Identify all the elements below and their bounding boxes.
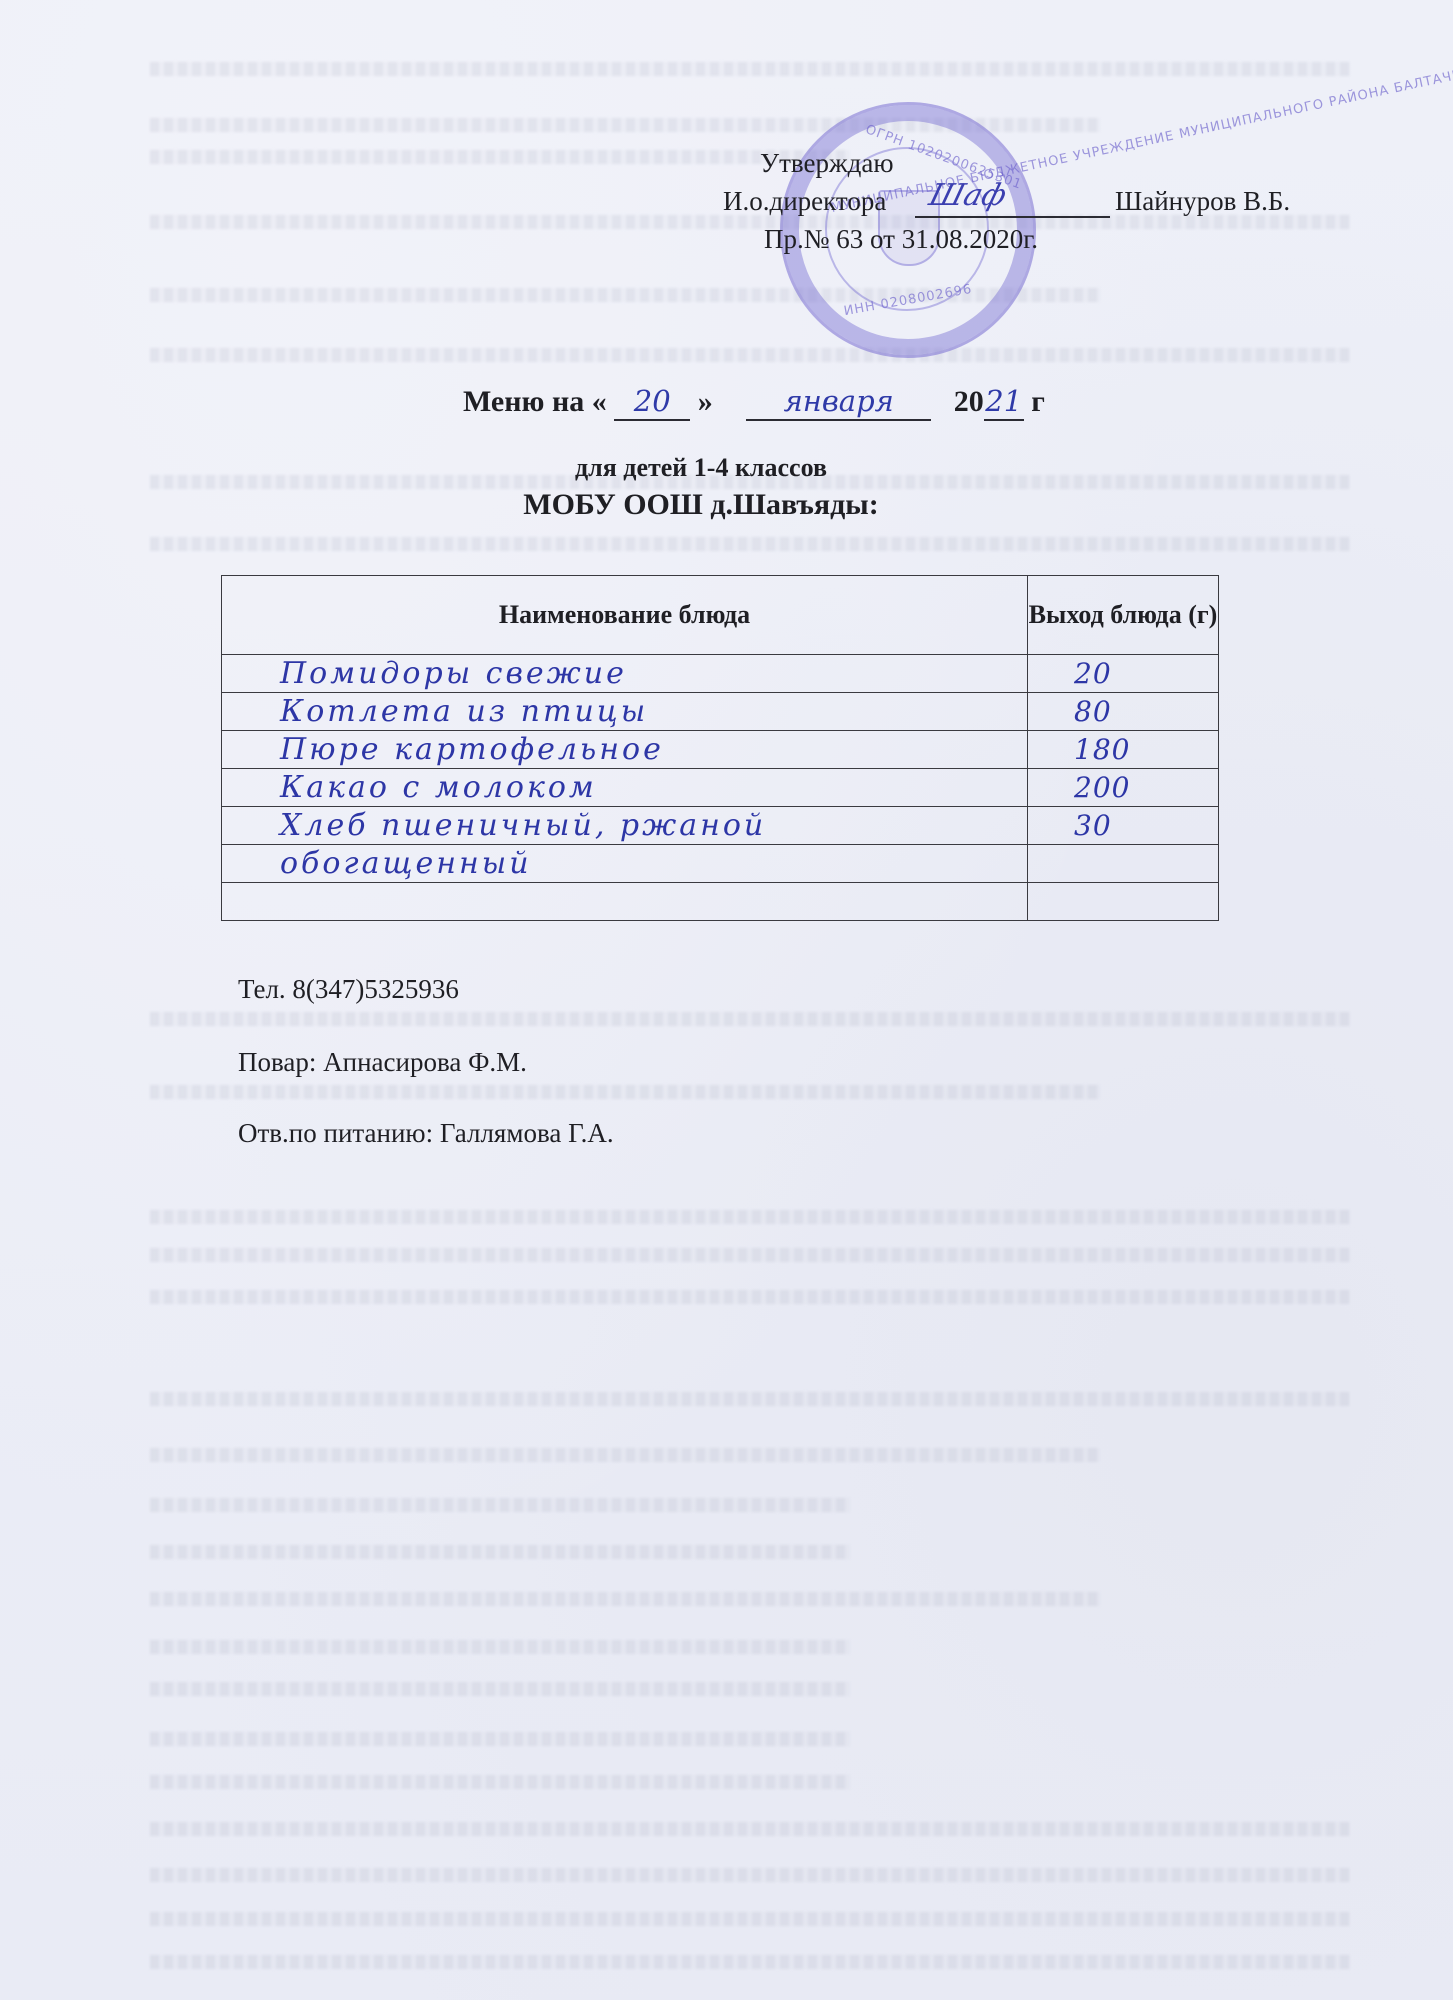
table-row: Котлета из птицы80 xyxy=(222,693,1219,731)
date-day-field: 20 xyxy=(614,384,690,421)
bleed-through-line xyxy=(150,537,1350,551)
date-month-field: января xyxy=(746,384,931,421)
bleed-through-line xyxy=(150,1085,1100,1099)
bleed-through-line xyxy=(150,1012,1350,1026)
bleed-through-line xyxy=(150,1210,1350,1224)
menu-prefix: Меню на « xyxy=(463,385,607,418)
dish-name: Котлета из птицы xyxy=(222,693,1028,731)
bleed-through-line xyxy=(150,150,850,164)
bleed-through-line xyxy=(150,1498,850,1512)
phone-number: Тел. 8(347)5325936 xyxy=(238,974,459,1005)
bleed-through-line xyxy=(150,1868,1350,1882)
dish-yield: 20 xyxy=(1028,655,1219,693)
director-signature: Шаф xyxy=(925,178,1010,213)
date-day: 20 xyxy=(634,384,671,418)
menu-subtitle-school: МОБУ ООШ д.Шавъяды: xyxy=(0,488,1402,522)
bleed-through-line xyxy=(150,1775,850,1789)
date-year: 21 xyxy=(985,384,1022,418)
table-row: Какао с молоком200 xyxy=(222,769,1219,807)
bleed-through-line xyxy=(150,1640,850,1654)
column-header-yield: Выход блюда (г) xyxy=(1028,576,1219,655)
bleed-through-line xyxy=(150,1448,1100,1462)
approval-role: И.о.директора xyxy=(723,188,886,215)
table-row: Пюре картофельное180 xyxy=(222,731,1219,769)
director-name: Шайнуров В.Б. xyxy=(1115,188,1290,215)
table-row xyxy=(222,883,1219,921)
dish-name xyxy=(222,883,1028,921)
menu-table: Наименование блюда Выход блюда (г) Помид… xyxy=(221,575,1219,921)
bleed-through-line xyxy=(150,1392,1350,1406)
date-year-field: 21 xyxy=(984,384,1024,421)
dish-name: Помидоры свежие xyxy=(222,655,1028,693)
signature-line xyxy=(915,216,1110,218)
dish-yield: 200 xyxy=(1028,769,1219,807)
column-header-dish: Наименование блюда xyxy=(222,576,1028,655)
dish-name: обогащенный xyxy=(222,845,1028,883)
table-row: Помидоры свежие20 xyxy=(222,655,1219,693)
dish-yield: 180 xyxy=(1028,731,1219,769)
dish-name: Хлеб пшеничный, ржаной xyxy=(222,807,1028,845)
bleed-through-line xyxy=(150,1682,850,1696)
approval-order: Пр.№ 63 от 31.08.2020г. xyxy=(764,226,1038,253)
bleed-through-line xyxy=(150,1545,850,1559)
menu-subtitle-audience: для детей 1-4 классов xyxy=(0,453,1402,483)
dish-yield: 80 xyxy=(1028,693,1219,731)
dish-name: Пюре картофельное xyxy=(222,731,1028,769)
dish-yield xyxy=(1028,883,1219,921)
bleed-through-line xyxy=(150,1912,1350,1926)
bleed-through-line xyxy=(150,215,1350,229)
bleed-through-line xyxy=(150,1290,1350,1304)
cook-name: Повар: Апнасирова Ф.М. xyxy=(238,1047,527,1078)
year-unit: г xyxy=(1031,385,1045,418)
menu-date-title: Меню на « 20 » января 2021 г xyxy=(463,384,1045,421)
year-prefix: 20 xyxy=(954,385,984,418)
bleed-through-line xyxy=(150,1955,1350,1969)
date-month: января xyxy=(784,384,894,418)
quote-close: » xyxy=(698,385,713,418)
table-row: Хлеб пшеничный, ржаной30 xyxy=(222,807,1219,845)
bleed-through-line xyxy=(150,348,1350,362)
bleed-through-line xyxy=(150,1592,1100,1606)
bleed-through-line xyxy=(150,1248,1350,1262)
bleed-through-line xyxy=(150,62,1350,76)
table-header-row: Наименование блюда Выход блюда (г) xyxy=(222,576,1219,655)
dish-yield xyxy=(1028,845,1219,883)
bleed-through-line xyxy=(150,1732,850,1746)
dish-name: Какао с молоком xyxy=(222,769,1028,807)
scanned-page xyxy=(0,0,1453,2000)
dish-yield: 30 xyxy=(1028,807,1219,845)
table-row: обогащенный xyxy=(222,845,1219,883)
nutrition-responsible: Отв.по питанию: Галлямова Г.А. xyxy=(238,1118,614,1149)
approval-title: Утверждаю xyxy=(760,150,894,177)
bleed-through-line xyxy=(150,1822,1350,1836)
